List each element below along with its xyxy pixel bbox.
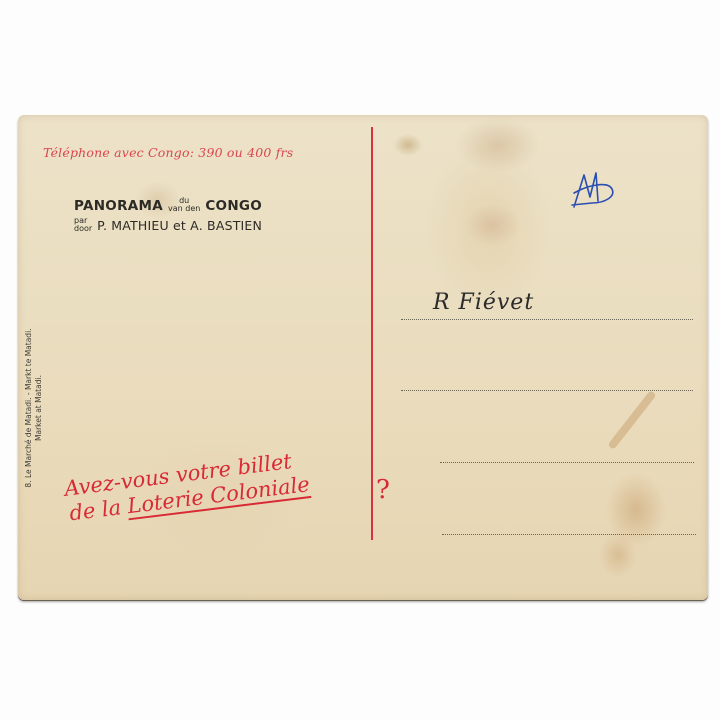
author-names: P. MATHIEU et A. BASTIEN [97, 218, 262, 233]
series-title-word2: CONGO [205, 198, 262, 214]
postcard-back: Téléphone avec Congo: 390 ou 400 frs PAN… [18, 115, 708, 600]
center-divider [371, 127, 373, 540]
address-line [440, 462, 694, 463]
authors: par door P. MATHIEU et A. BASTIEN [74, 217, 262, 233]
lottery-prefix: de la [68, 495, 122, 525]
by-nl: door [74, 225, 92, 233]
address-line [401, 319, 693, 320]
caption-line1: 8. Le Marché de Matadi. - Markt te Matad… [24, 293, 34, 523]
authors-by: par door [74, 217, 92, 233]
phone-notice: Téléphone avec Congo: 390 ou 400 frs [43, 145, 293, 160]
question-mark: ? [376, 475, 390, 505]
monogram-icon [568, 167, 618, 213]
lottery-slogan: Avez-vous votre billet de la Loterie Col… [63, 447, 311, 526]
series-title-connector: du van den [168, 197, 200, 213]
caption-line2: Market at Matadi. [34, 293, 44, 523]
photo-caption: 8. Le Marché de Matadi. - Markt te Matad… [24, 293, 44, 523]
stain [607, 390, 656, 450]
address-line [442, 534, 696, 535]
series-title-word1: PANORAMA [74, 198, 163, 214]
series-title: PANORAMA du van den CONGO [74, 197, 262, 214]
series-title-block: PANORAMA du van den CONGO par door P. MA… [74, 197, 262, 233]
connector-nl: van den [168, 205, 200, 213]
recipient-name: R Fiévet [433, 290, 534, 315]
address-line [401, 390, 693, 391]
